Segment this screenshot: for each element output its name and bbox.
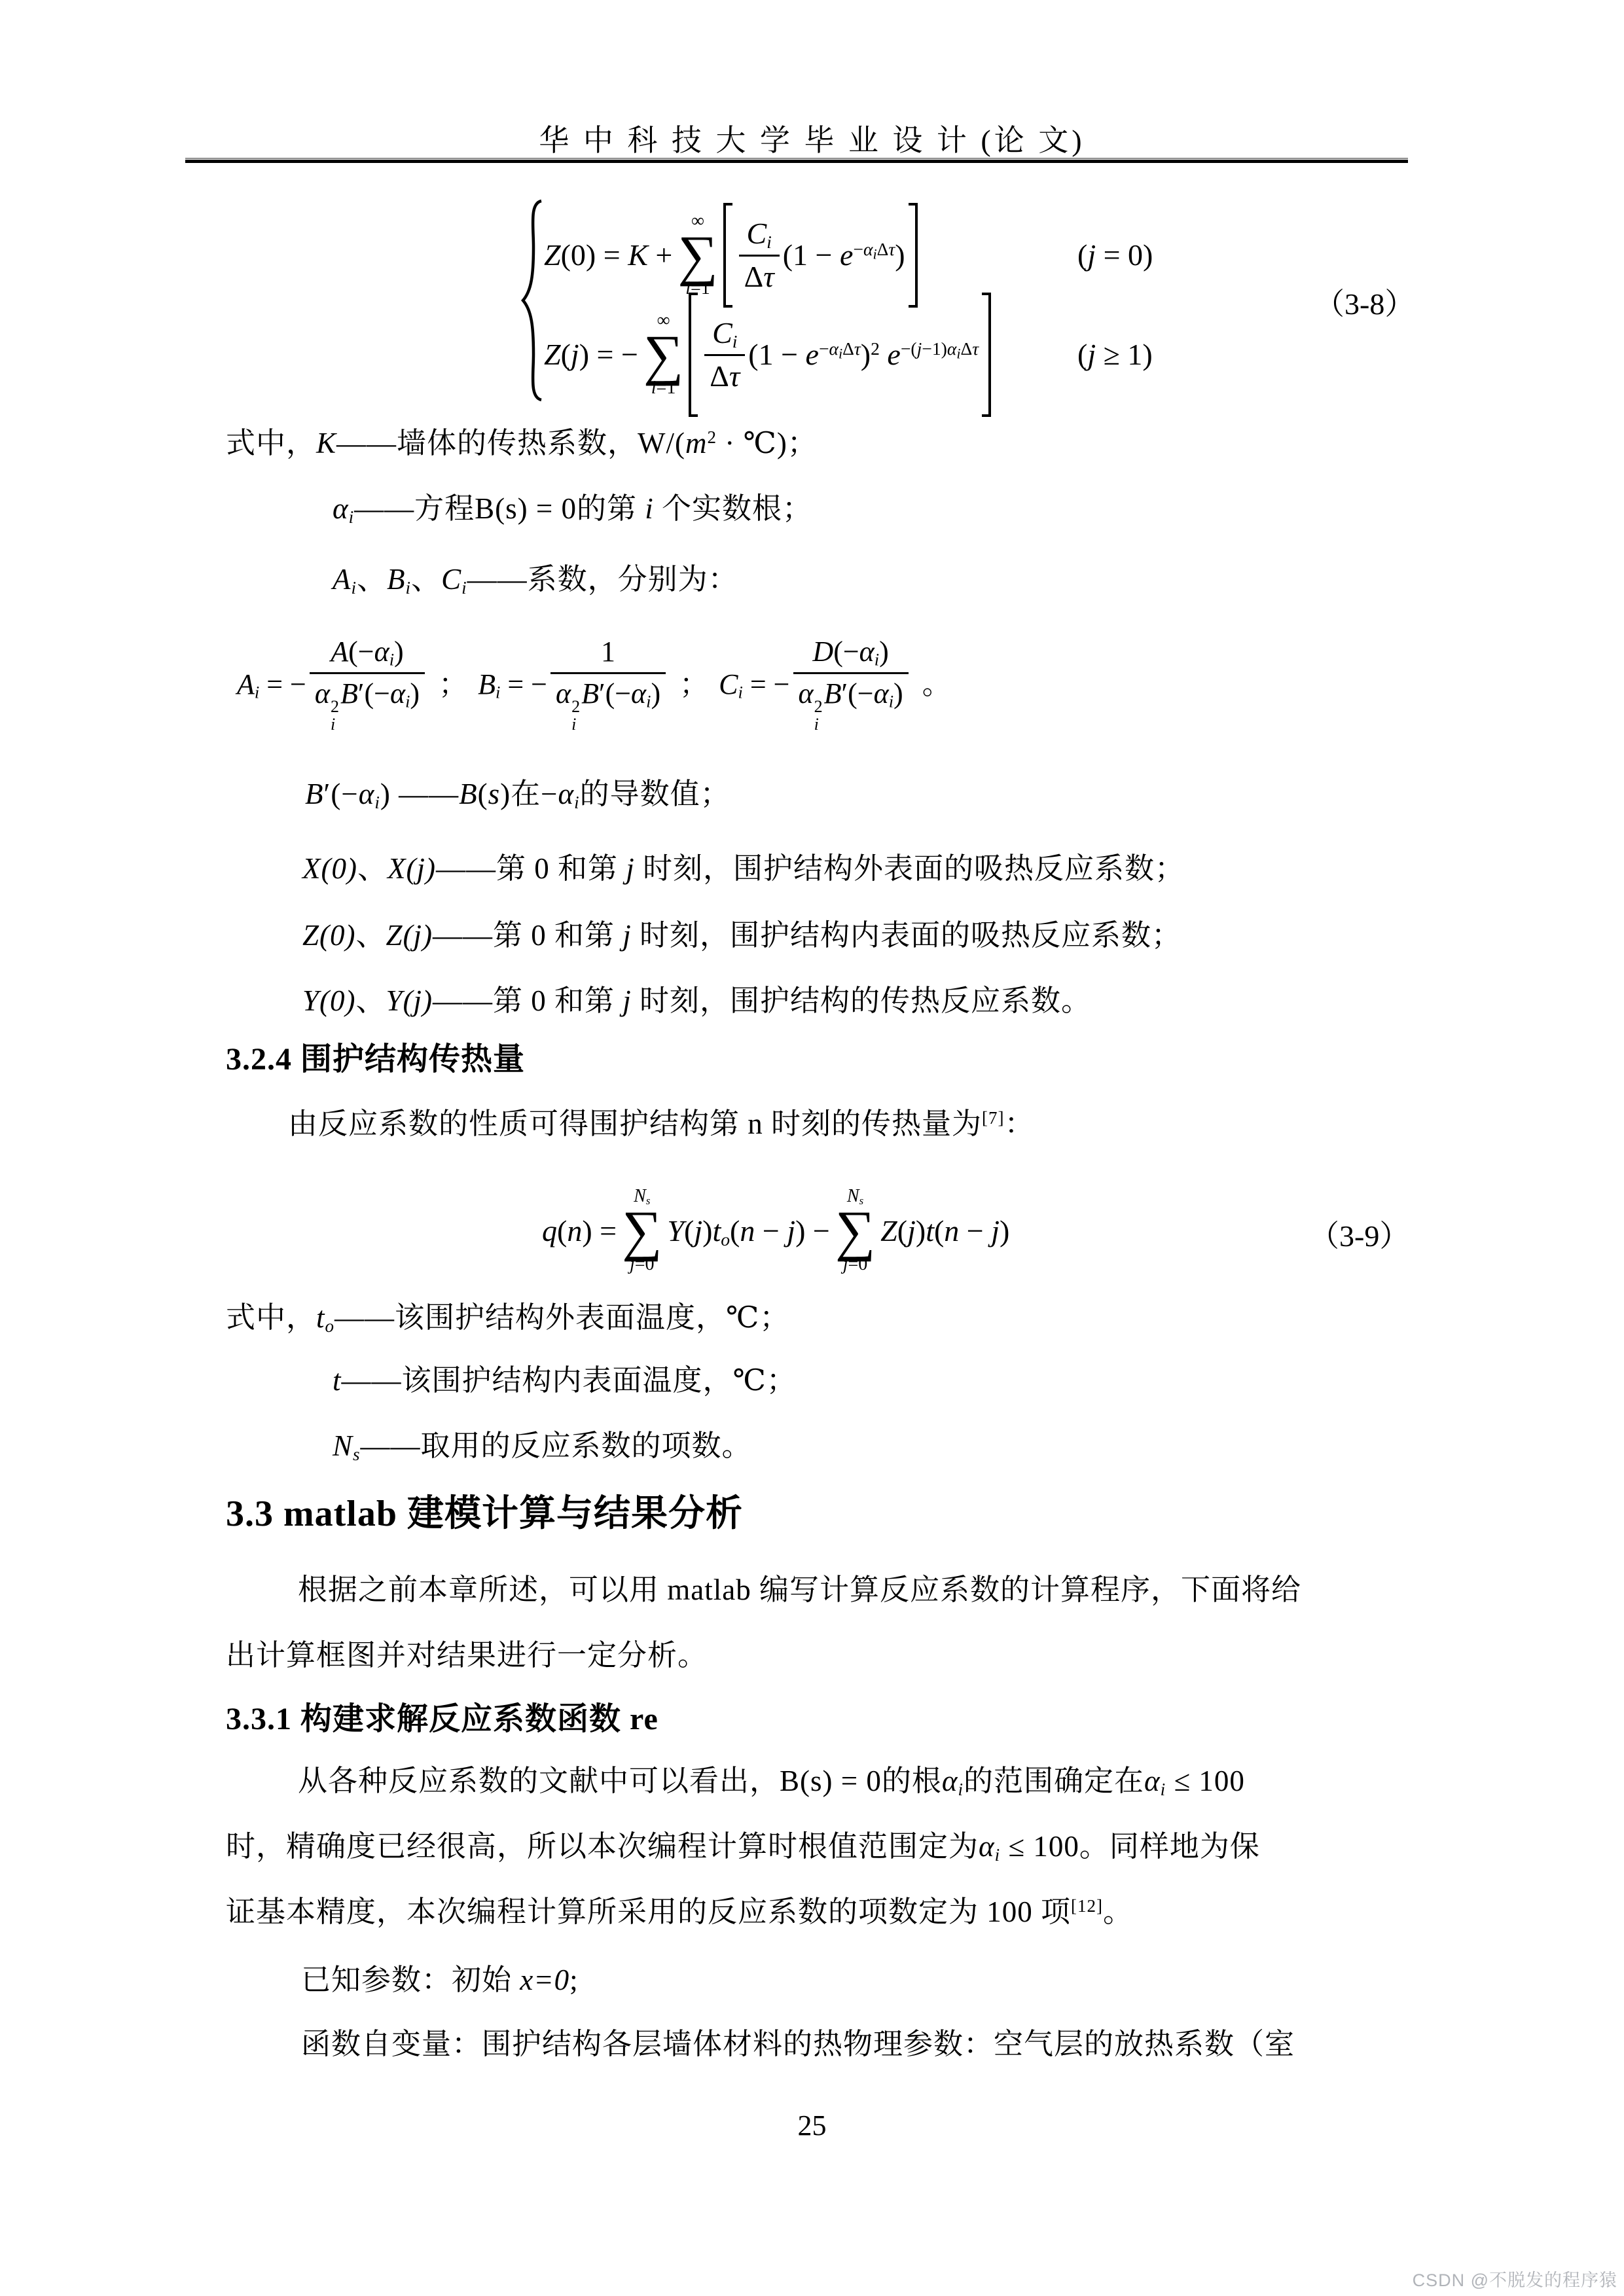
- page-header-title: 华 中 科 技 大 学 毕 业 设 计 (论 文): [0, 117, 1624, 160]
- fraction: Ci Δτ: [739, 217, 780, 295]
- paragraph-3-3-1-line1: 从各种反应系数的文献中可以看出，B(s) = 0的根αi的范围确定在αi ≤ 1…: [298, 1763, 1245, 1799]
- eqabc-a-lhs: Ai = −: [237, 670, 306, 699]
- paragraph-3-3-1-line2: 时，精确度已经很高，所以本次编程计算时根值范围定为αi ≤ 100。同样地为保: [226, 1829, 1260, 1864]
- sigma-glyph: ∑: [835, 1207, 875, 1255]
- eq38-row1-tail: (1 − e−αiΔτ): [783, 240, 905, 270]
- fraction-denominator: α2iB′(−αi): [310, 672, 425, 734]
- thesis-page: 华 中 科 技 大 学 毕 业 设 计 (论 文) Z(0) = K + ∞ ∑…: [0, 0, 1624, 2296]
- section-heading-3-2-4: 3.2.4 围护结构传热量: [226, 1041, 525, 1079]
- equation-3-8-label: （3-8）: [1314, 280, 1415, 323]
- left-curly-brace-icon: [519, 198, 545, 406]
- paragraph-heat-transfer: 由反应系数的性质可得围护结构第 n 时刻的传热量为[7]：: [288, 1106, 1035, 1141]
- sum-icon: ∞ ∑ i=1: [677, 211, 717, 299]
- sum-lower-limit: j=0: [630, 1255, 655, 1275]
- section-heading-3-3: 3.3 matlab 建模计算与结果分析: [226, 1492, 743, 1536]
- fraction-numerator: D(−αi): [807, 636, 893, 672]
- paragraph-3-3-1-line3: 证基本精度，本次编程计算所采用的反应系数的项数定为 100 项[12]。: [226, 1894, 1133, 1929]
- definition-x: X(0)、X(j)——第 0 和第 j 时刻，围护结构外表面的吸热反应系数；: [302, 851, 1185, 886]
- separator: ；: [439, 670, 467, 699]
- equation-3-8-row1: Z(0) = K + ∞ ∑ i=1 Ci Δτ (1 − e−αiΔτ) (j…: [544, 204, 918, 307]
- sigma-glyph: ∑: [643, 331, 683, 379]
- fraction-denominator: α2iB′(−αi): [793, 672, 909, 734]
- separator: ；: [679, 670, 708, 699]
- fraction-numerator: 1: [596, 636, 621, 672]
- header-rule: [185, 158, 1408, 163]
- equation-3-8: Z(0) = K + ∞ ∑ i=1 Ci Δτ (1 − e−αiΔτ) (j…: [519, 198, 1435, 408]
- sum-icon: Ns ∑ j=0: [835, 1187, 875, 1274]
- paragraph-3-3-line2: 出计算框图并对结果进行一定分析。: [226, 1638, 708, 1673]
- sigma-glyph: ∑: [622, 1207, 662, 1255]
- known-params-line: 已知参数：初始 x=0;: [301, 1962, 579, 1998]
- equation-3-9: q(n) = Ns ∑ j=0 Y(j)to(n − j) − Ns ∑ j=0…: [542, 1177, 1009, 1285]
- definition-ns: Ns——取用的反应系数的项数。: [333, 1428, 752, 1463]
- definition-to: 式中，to——该围护结构外表面温度，℃；: [226, 1300, 789, 1335]
- function-vars-line: 函数自变量：围护结构各层墙体材料的热物理参数：空气层的放热系数（室: [301, 2026, 1295, 2062]
- fraction-denominator: Δτ: [704, 354, 745, 394]
- equation-3-9-label: （3-9）: [1309, 1212, 1409, 1255]
- eq39-lhs: q(n) =: [542, 1216, 617, 1246]
- fraction-denominator: Δτ: [739, 255, 780, 295]
- section-heading-3-3-1: 3.3.1 构建求解反应系数函数 re: [226, 1700, 659, 1738]
- definition-alpha: αi——方程B(s) = 0的第 i 个实数根；: [333, 491, 812, 526]
- sigma-glyph: ∑: [677, 232, 717, 279]
- definition-b-prime: B′(−αi) ——B(s)在−αi的导数值；: [305, 776, 731, 812]
- eq38-row2-tail: (1 − e−αiΔτ)2 e−(j−1)αiΔτ: [748, 340, 979, 370]
- definition-y: Y(0)、Y(j)——第 0 和第 j 时刻，围护结构的传热反应系数。: [302, 983, 1091, 1018]
- equation-3-8-row2: Z(j) = − ∞ ∑ i=1 Ci Δτ (1 − e−αiΔτ)2 e−(…: [544, 302, 991, 408]
- eq38-row1-condition: (j = 0): [1077, 240, 1153, 270]
- eqabc-c-lhs: Ci = −: [719, 670, 789, 699]
- definition-abc-coefficients: Ai、Bi、Ci——系数，分别为：: [333, 562, 738, 597]
- left-bracket-icon: [689, 293, 698, 417]
- fraction: Ci Δτ: [704, 316, 745, 394]
- sum-lower-limit: i=1: [651, 378, 676, 399]
- csdn-watermark: CSDN @不脱发的程序猿: [1413, 2266, 1617, 2291]
- left-bracket-icon: [723, 203, 732, 308]
- definition-z: Z(0)、Z(j)——第 0 和第 j 时刻，围护结构内表面的吸热反应系数；: [302, 918, 1182, 953]
- eq38-row2-lhs: Z(j) = −: [544, 340, 638, 370]
- fraction-denominator: α2iB′(−αi): [550, 672, 666, 734]
- sum-icon: Ns ∑ j=0: [622, 1187, 662, 1274]
- fraction-numerator: Ci: [707, 316, 742, 354]
- eq39-term1: Y(j)to(n − j) −: [667, 1216, 829, 1246]
- paragraph-3-3-line1: 根据之前本章所述，可以用 matlab 编写计算反应系数的计算程序，下面将给: [298, 1572, 1301, 1607]
- fraction-numerator: A(−αi): [325, 636, 408, 672]
- separator: 。: [922, 670, 951, 699]
- fraction: A(−αi) α2iB′(−αi): [310, 636, 425, 733]
- fraction-numerator: Ci: [741, 217, 776, 255]
- right-bracket-icon: [909, 203, 918, 308]
- definition-t: t——该围护结构内表面温度，℃；: [333, 1363, 797, 1398]
- fraction: 1 α2iB′(−αi): [550, 636, 666, 733]
- eq39-term2: Z(j)t(n − j): [880, 1216, 1009, 1246]
- eq38-row1-lhs: Z(0) = K +: [544, 240, 672, 270]
- sum-icon: ∞ ∑ i=1: [643, 311, 683, 399]
- fraction: D(−αi) α2iB′(−αi): [793, 636, 909, 733]
- sum-lower-limit: j=0: [843, 1255, 868, 1275]
- right-bracket-icon: [982, 293, 991, 417]
- eq38-row2-condition: (j ≥ 1): [1077, 340, 1153, 370]
- definition-k: 式中，K——墙体的传热系数，W/(m2 · ℃)；: [226, 425, 818, 461]
- equation-abc-coefficients: Ai = − A(−αi) α2iB′(−αi) ； Bi = − 1 α2iB…: [237, 643, 962, 726]
- eqabc-b-lhs: Bi = −: [478, 670, 547, 699]
- page-number: 25: [0, 2109, 1624, 2142]
